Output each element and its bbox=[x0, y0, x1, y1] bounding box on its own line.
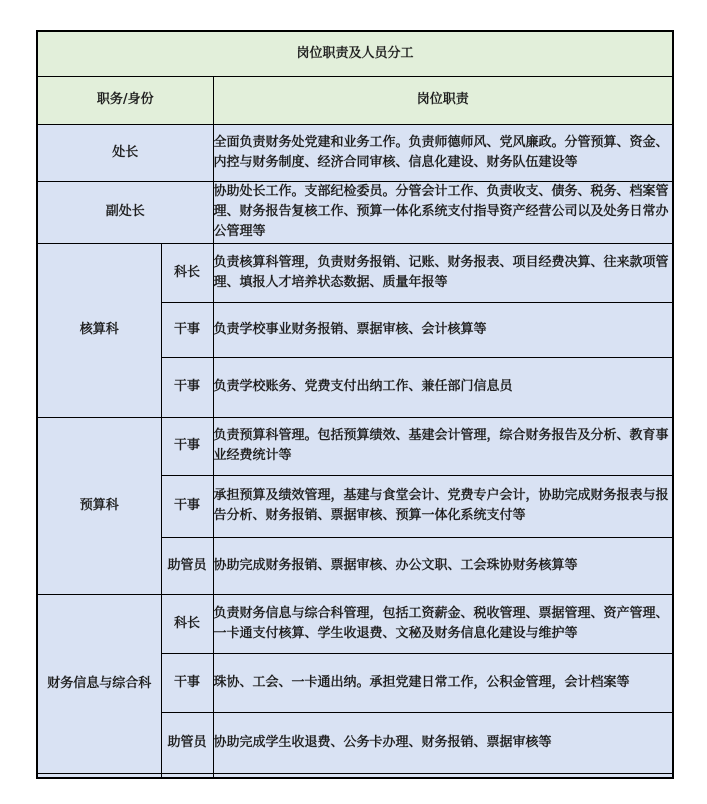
role-cell: 助管员 bbox=[161, 537, 213, 594]
table-row: 财务信息与综合科 科长 负责财务信息与综合科管理，包括工资薪金、税收管理、票据管… bbox=[37, 594, 673, 653]
col-header-position: 职务/身份 bbox=[37, 76, 213, 124]
table-row: 核算科 科长 负责核算科管理，负责财务报销、记账、财务报表、项目经费决算、往来款… bbox=[37, 243, 673, 302]
role-cell: 科长 bbox=[161, 243, 213, 302]
position-cell: 副处长 bbox=[37, 181, 213, 243]
table-row: 副处长 协助处长工作。支部纪检委员。分管会计工作、负责收支、债务、税务、档案管理… bbox=[37, 181, 673, 243]
duty-cell: 负责核算科管理，负责财务报销、记账、财务报表、项目经费决算、往来款项管理、填报人… bbox=[213, 243, 673, 302]
duty-cell: 珠协、工会、一卡通出纳。承担党建日常工作，公积金管理，会计档案等 bbox=[213, 653, 673, 712]
duty-table: 岗位职责及人员分工 职务/身份 岗位职责 处长 全面负责财务处党建和业务工作。负… bbox=[36, 30, 674, 779]
table-row: 职务/身份 岗位职责 bbox=[37, 76, 673, 124]
role-cell: 科长 bbox=[161, 594, 213, 653]
duty-cell: 负责财务信息与综合科管理，包括工资薪金、税收管理、票据管理、资产管理、一卡通支付… bbox=[213, 594, 673, 653]
duty-cell: 负责预算科管理。包括预算绩效、基建会计管理，综合财务报告及分析、教育事业经费统计… bbox=[213, 417, 673, 475]
duty-cell: 全面负责财务处党建和业务工作。负责师德师风、党风廉政。分管预算、资金、内控与财务… bbox=[213, 124, 673, 181]
department-cell: 预算科 bbox=[37, 417, 161, 594]
table-title: 岗位职责及人员分工 bbox=[37, 31, 673, 76]
role-cell: 干事 bbox=[161, 475, 213, 537]
table-row: 预算科 干事 负责预算科管理。包括预算绩效、基建会计管理，综合财务报告及分析、教… bbox=[37, 417, 673, 475]
duty-cell: 承担预算及绩效管理，基建与食堂会计、党费专户会计，协助完成财务报表与报告分析、财… bbox=[213, 475, 673, 537]
duty-cell: 负责学校事业财务报销、票据审核、会计核算等 bbox=[213, 302, 673, 357]
duty-cell: 协助完成学生收退费、公务卡办理、财务报销、票据审核等 bbox=[213, 712, 673, 773]
table-row: 处长 全面负责财务处党建和业务工作。负责师德师风、党风廉政。分管预算、资金、内控… bbox=[37, 124, 673, 181]
position-cell: 处长 bbox=[37, 124, 213, 181]
role-cell: 干事 bbox=[161, 302, 213, 357]
role-cell: 干事 bbox=[161, 653, 213, 712]
duty-cell: 负责学校账务、党费支付出纳工作、兼任部门信息员 bbox=[213, 357, 673, 417]
duty-cell: 协助处长工作。支部纪检委员。分管会计工作、负责收支、债务、税务、档案管理、财务报… bbox=[213, 181, 673, 243]
cutoff-cell bbox=[161, 773, 213, 778]
cutoff-cell bbox=[37, 773, 161, 778]
role-cell: 干事 bbox=[161, 417, 213, 475]
cutoff-cell bbox=[213, 773, 673, 778]
table-row: 岗位职责及人员分工 bbox=[37, 31, 673, 76]
role-cell: 干事 bbox=[161, 357, 213, 417]
department-cell: 核算科 bbox=[37, 243, 161, 417]
department-cell: 财务信息与综合科 bbox=[37, 594, 161, 773]
role-cell: 助管员 bbox=[161, 712, 213, 773]
duty-cell: 协助完成财务报销、票据审核、办公文职、工会珠协财务核算等 bbox=[213, 537, 673, 594]
duty-sheet: 岗位职责及人员分工 职务/身份 岗位职责 处长 全面负责财务处党建和业务工作。负… bbox=[36, 30, 674, 779]
col-header-duty: 岗位职责 bbox=[213, 76, 673, 124]
cutoff-row bbox=[37, 773, 673, 778]
